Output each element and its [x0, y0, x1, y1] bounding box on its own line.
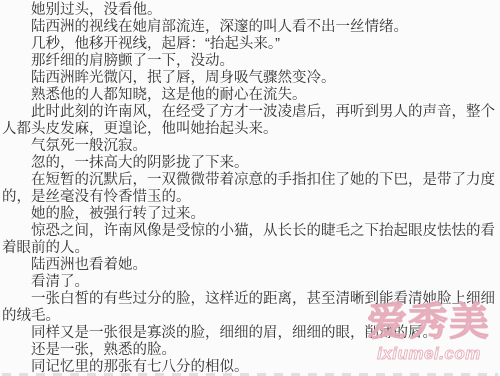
paragraph: 惊恐之间，许南风像是受惊的小猫，从长长的睫毛之下抬起眼皮怯怯的看着眼前的人。: [2, 223, 498, 257]
paragraph: 忽的，一抹高大的阴影拢了下来。: [2, 155, 498, 172]
novel-text: 她别过头，没看他。 陆西洲的视线在她肩部流连，深邃的叫人看不出一丝情绪。 几秒，…: [0, 0, 500, 376]
paragraph: 那纤细的肩膀颤了一下，没动。: [2, 53, 498, 70]
paragraph: 一张白皙的有些过分的脸，这样近的距离，甚至清晰到能看清她脸上细细的绒毛。: [2, 291, 498, 325]
paragraph: 陆西洲眸光微闪，抿了唇，周身吸气骤然变冷。: [2, 70, 498, 87]
paragraph: 陆西洲也看着她。: [2, 257, 498, 274]
paragraph: 她的脸，被强行转了过来。: [2, 206, 498, 223]
paragraph: 陆西洲的视线在她肩部流连，深邃的叫人看不出一丝情绪。: [2, 19, 498, 36]
paragraph: 同样又是一张很是寡淡的脸，细细的眉，细细的眼，削薄的唇。: [2, 325, 498, 342]
novel-page: 她别过头，没看他。 陆西洲的视线在她肩部流连，深邃的叫人看不出一丝情绪。 几秒，…: [0, 0, 500, 376]
paragraph: 气氛死一般沉寂。: [2, 138, 498, 155]
paragraph: 此时此刻的许南风，在经受了方才一波凌虐后，再听到男人的声音，整个人都头皮发麻，更…: [2, 104, 498, 138]
paragraph: 看清了。: [2, 274, 498, 291]
paragraph: 还是一张，熟悉的脸。: [2, 342, 498, 359]
paragraph: 在短暂的沉默后，一双微微带着凉意的手指扣住了她的下巴，是带了力度的，是丝毫没有怜…: [2, 172, 498, 206]
paragraph: 她别过头，没看他。: [2, 2, 498, 19]
paragraph: 熟悉他的人都知晓，这是他的耐心在流失。: [2, 87, 498, 104]
paragraph: 几秒，他移开视线，起唇：“抬起头来。”: [2, 36, 498, 53]
